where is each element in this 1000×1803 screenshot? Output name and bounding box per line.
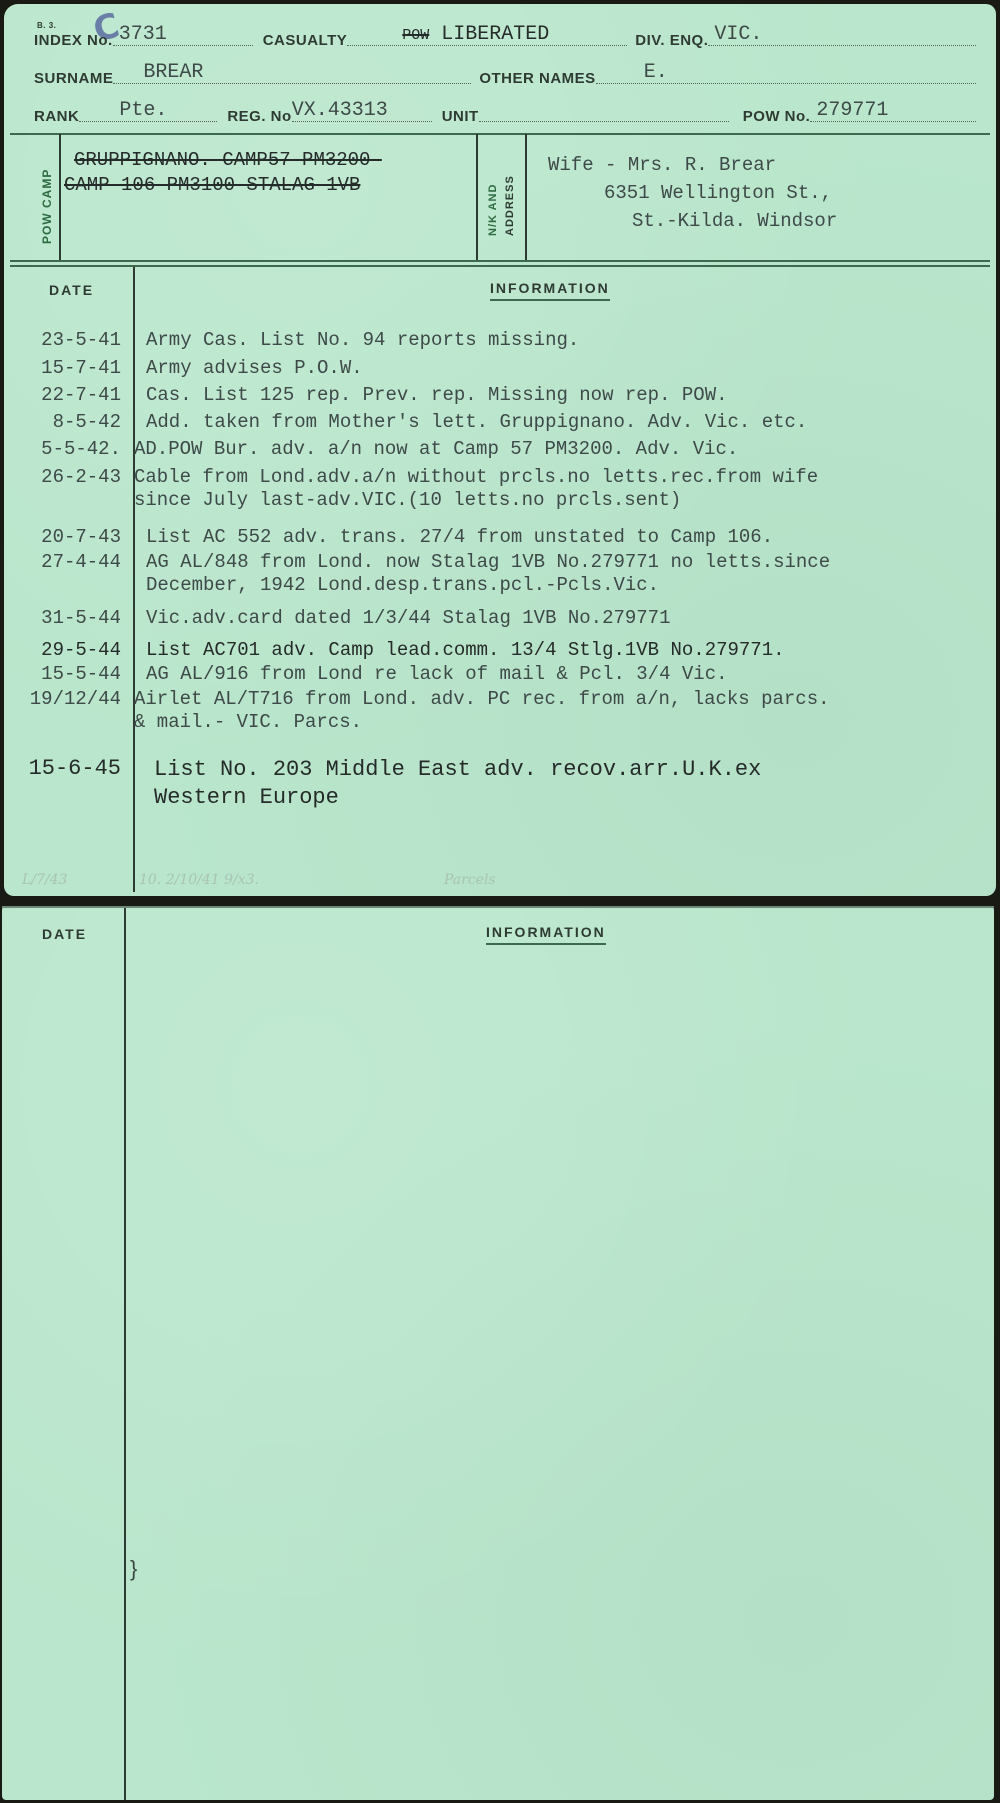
- entry-date: 27-4-44: [41, 551, 121, 573]
- reg-no-field: VX.43313: [292, 120, 432, 122]
- entry-date: 20-7-43: [41, 526, 121, 548]
- divider-pow-camp: [59, 134, 61, 260]
- record-card-back: DATE INFORMATION }: [2, 906, 994, 1800]
- record-card-front: C B. 3. INDEX No. 3731 CASUALTY POW LIBE…: [4, 4, 996, 896]
- date-header-back: DATE: [42, 926, 87, 942]
- row-surname: SURNAME BREAR OTHER NAMES E.: [34, 70, 976, 87]
- pencil-note-2: 10. 2/10/41 9/x3.: [139, 872, 259, 888]
- pow-no-value: 279771: [816, 99, 888, 122]
- pow-camp-line-1: GRUPPIGNANO. CAMP57-PM3200-: [74, 149, 382, 171]
- rule-band-bottom-2: [10, 265, 990, 267]
- index-label: INDEX No.: [34, 32, 113, 49]
- pow-camp-label: POW CAMP: [40, 169, 54, 244]
- casualty-value: POW LIBERATED: [402, 23, 549, 46]
- surname-value: BREAR: [143, 61, 203, 84]
- rank-field: Pte.: [79, 120, 217, 122]
- entry-date: 15-6-45: [29, 756, 121, 781]
- divider-date-info: [133, 267, 135, 892]
- entry-text: AD.POW Bur. adv. a/n now at Camp 57 PM32…: [134, 438, 738, 461]
- pencil-note-3: Parcels: [444, 872, 496, 888]
- staple-mark: }: [130, 1556, 137, 1582]
- nk-label-line-1: N/K AND: [487, 184, 499, 236]
- pow-camp-line-2: CAMP 106 PM3100 STALAG 1VB: [64, 174, 360, 196]
- rank-value: Pte.: [119, 99, 167, 122]
- surname-field: BREAR: [113, 82, 471, 84]
- row-rank: RANK Pte. REG. No VX.43313 UNIT POW No. …: [34, 108, 976, 125]
- surname-label: SURNAME: [34, 70, 113, 87]
- other-names-label: OTHER NAMES: [479, 70, 595, 87]
- entry-date: 15-5-44: [41, 663, 121, 685]
- pow-no-label: POW No.: [743, 108, 811, 125]
- rule-band-bottom-1: [10, 260, 990, 262]
- entry-text: AG AL/916 from Lond re lack of mail & Pc…: [146, 663, 728, 686]
- entry-text: AG AL/848 from Lond. now Stalag 1VB No.2…: [146, 551, 830, 597]
- date-header: DATE: [49, 282, 94, 298]
- entry-date: 5-5-42.: [41, 438, 121, 460]
- divider-date-info-back: [124, 908, 126, 1800]
- rule-top-band: [10, 133, 990, 135]
- form-code: B. 3.: [37, 21, 56, 30]
- div-enq-label: DIV. ENQ.: [635, 32, 708, 49]
- entry-date: 22-7-41: [41, 384, 121, 406]
- entry-text: Vic.adv.card dated 1/3/44 Stalag 1VB No.…: [146, 607, 671, 630]
- entry-text: Cas. List 125 rep. Prev. rep. Missing no…: [146, 384, 728, 407]
- divider-nk-right: [525, 134, 527, 260]
- casualty-label: CASUALTY: [263, 32, 348, 49]
- entry-date: 31-5-44: [41, 607, 121, 629]
- entry-text: Add. taken from Mother's lett. Gruppigna…: [146, 411, 807, 434]
- nk-label-line-2: ADDRESS: [504, 175, 516, 236]
- divider-nk-left: [476, 134, 478, 260]
- entry-text: List No. 203 Middle East adv. recov.arr.…: [154, 756, 761, 812]
- nk-address-line-3: St.-Kilda. Windsor: [632, 210, 837, 232]
- casualty-struck-text: POW: [402, 27, 429, 44]
- nk-address-line-2: 6351 Wellington St.,: [604, 182, 832, 204]
- entry-date: 23-5-41: [41, 329, 121, 351]
- pencil-note-1: L/7/43: [22, 872, 67, 888]
- casualty-field: POW LIBERATED: [347, 44, 627, 46]
- rule-top-back: [2, 906, 994, 908]
- entry-date: 26-2-43: [41, 466, 121, 488]
- other-names-value: E.: [644, 61, 668, 84]
- entry-text: List AC 552 adv. trans. 27/4 from unstat…: [146, 526, 773, 549]
- information-header: INFORMATION: [490, 280, 610, 301]
- row-index-casualty: INDEX No. 3731 CASUALTY POW LIBERATED DI…: [34, 32, 976, 49]
- reg-no-label: REG. No: [227, 108, 291, 125]
- other-names-field: E.: [596, 82, 976, 84]
- index-field: 3731: [113, 44, 253, 46]
- entry-date: 29-5-44: [41, 639, 121, 661]
- information-header-back: INFORMATION: [486, 924, 606, 945]
- entry-text: List AC701 adv. Camp lead.comm. 13/4 Stl…: [146, 639, 785, 662]
- index-value: 3731: [119, 23, 167, 46]
- entry-text: Cable from Lond.adv.a/n without prcls.no…: [134, 466, 818, 512]
- entry-text: Army advises P.O.W.: [146, 357, 363, 380]
- pow-no-field: 279771: [810, 120, 976, 122]
- entry-date: 15-7-41: [41, 357, 121, 379]
- div-enq-field: VIC.: [708, 44, 976, 46]
- entry-text: Army Cas. List No. 94 reports missing.: [146, 329, 579, 352]
- entry-date: 19/12/44: [30, 688, 121, 710]
- unit-label: UNIT: [442, 108, 479, 125]
- div-enq-value: VIC.: [714, 23, 762, 46]
- unit-field: [479, 120, 729, 122]
- rank-label: RANK: [34, 108, 79, 125]
- reg-no-value: VX.43313: [292, 99, 388, 122]
- entry-text: Airlet AL/T716 from Lond. adv. PC rec. f…: [134, 688, 830, 734]
- entry-date: 8-5-42: [53, 411, 121, 433]
- nk-address-line-1: Wife - Mrs. R. Brear: [548, 154, 776, 176]
